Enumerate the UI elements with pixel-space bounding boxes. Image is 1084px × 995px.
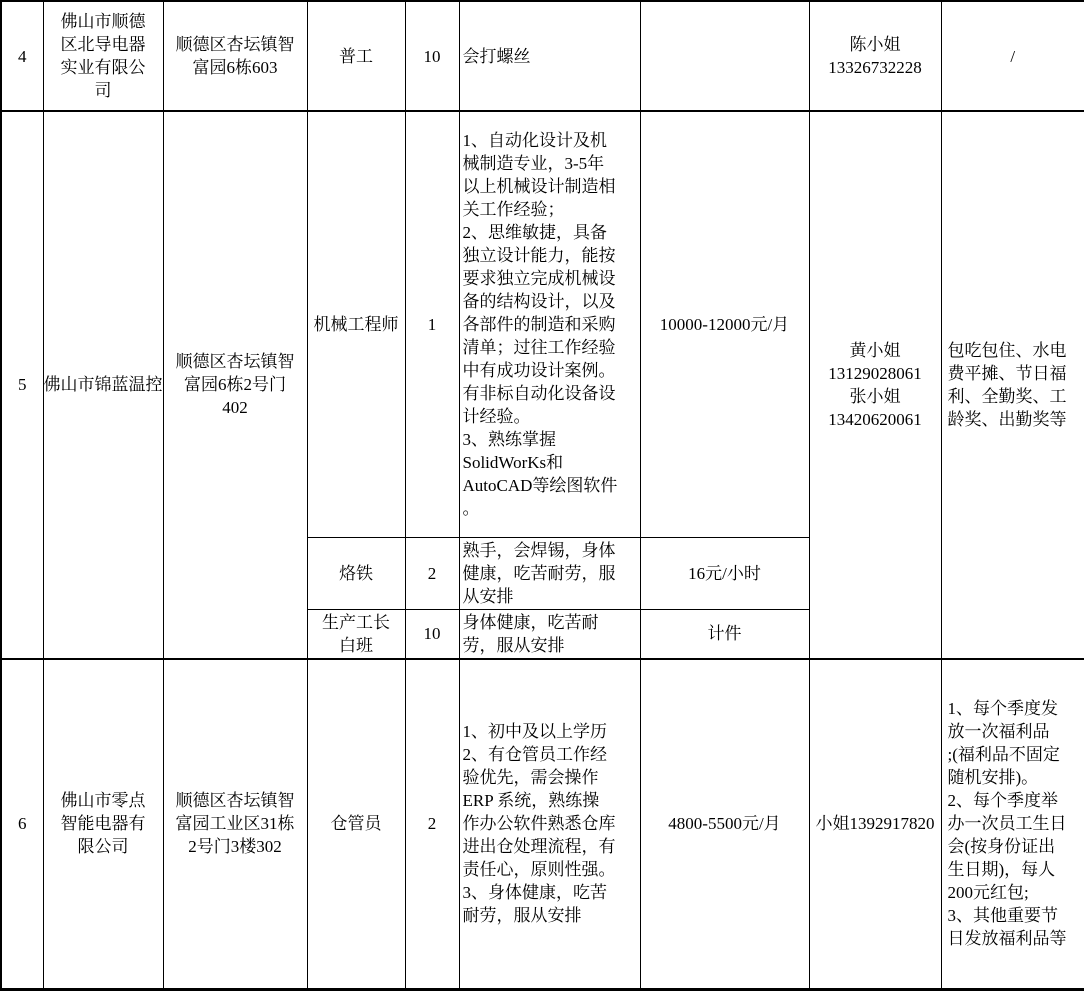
job-title-cell: 仓管员	[307, 659, 405, 990]
headcount-cell: 10	[405, 609, 459, 659]
salary-cell: 10000-12000元/月	[640, 111, 809, 537]
company-cell: 佛山市顺德 区北导电器 实业有限公 司	[43, 1, 163, 111]
job-listings-table: 4 佛山市顺德 区北导电器 实业有限公 司 顺德区杏坛镇智 富园6栋603 普工…	[0, 0, 1084, 991]
company-cell: 佛山市零点 智能电器有 限公司	[43, 659, 163, 990]
company-cell: 佛山市锦蓝温控器有限公司	[43, 111, 163, 659]
salary-cell	[640, 1, 809, 111]
headcount-cell: 10	[405, 1, 459, 111]
row-number-cell: 5	[1, 111, 43, 659]
address-cell: 顺德区杏坛镇智 富园6栋603	[163, 1, 307, 111]
salary-cell: 4800-5500元/月	[640, 659, 809, 990]
benefits-cell: 1、每个季度发 放一次福利品 ;(福利品不固定 随机安排)。 2、每个季度举 办…	[941, 659, 1084, 990]
address-cell: 顺德区杏坛镇智 富园6栋2号门 402	[163, 111, 307, 659]
salary-cell: 计件	[640, 609, 809, 659]
headcount-cell: 1	[405, 111, 459, 537]
requirements-cell: 熟手，会焊锡，身体 健康，吃苦耐劳，服 从安排	[459, 537, 640, 609]
job-title-cell: 生产工长 白班	[307, 609, 405, 659]
page: { "page": { "background": "#ffffff", "bo…	[0, 0, 1084, 995]
table-row-5: 5 佛山市锦蓝温控器有限公司 顺德区杏坛镇智 富园6栋2号门 402 机械工程师…	[1, 111, 1084, 537]
headcount-cell: 2	[405, 659, 459, 990]
job-title-cell: 机械工程师	[307, 111, 405, 537]
requirements-cell: 身体健康，吃苦耐 劳，服从安排	[459, 609, 640, 659]
job-title-cell: 普工	[307, 1, 405, 111]
salary-cell: 16元/小时	[640, 537, 809, 609]
contact-cell: 黄小姐 13129028061 张小姐 13420620061	[809, 111, 941, 659]
requirements-cell: 1、初中及以上学历 2、有仓管员工作经 验优先，需会操作 ERP 系统，熟练操 …	[459, 659, 640, 990]
table-body: 4 佛山市顺德 区北导电器 实业有限公 司 顺德区杏坛镇智 富园6栋603 普工…	[1, 1, 1084, 990]
address-cell: 顺德区杏坛镇智 富园工业区31栋 2号门3楼302	[163, 659, 307, 990]
job-title-cell: 烙铁	[307, 537, 405, 609]
table-row-6: 6 佛山市零点 智能电器有 限公司 顺德区杏坛镇智 富园工业区31栋 2号门3楼…	[1, 659, 1084, 990]
row-number-cell: 4	[1, 1, 43, 111]
requirements-cell: 会打螺丝	[459, 1, 640, 111]
requirements-cell: 1、自动化设计及机 械制造专业，3-5年 以上机械设计制造相 关工作经验； 2、…	[459, 111, 640, 537]
benefits-cell: /	[941, 1, 1084, 111]
benefits-cell: 包吃包住、水电 费平摊、节日福 利、全勤奖、工 龄奖、出勤奖等	[941, 111, 1084, 659]
headcount-cell: 2	[405, 537, 459, 609]
contact-cell: 小姐1392917820	[809, 659, 941, 990]
contact-cell: 陈小姐 13326732228	[809, 1, 941, 111]
table-row-4: 4 佛山市顺德 区北导电器 实业有限公 司 顺德区杏坛镇智 富园6栋603 普工…	[1, 1, 1084, 111]
row-number-cell: 6	[1, 659, 43, 990]
